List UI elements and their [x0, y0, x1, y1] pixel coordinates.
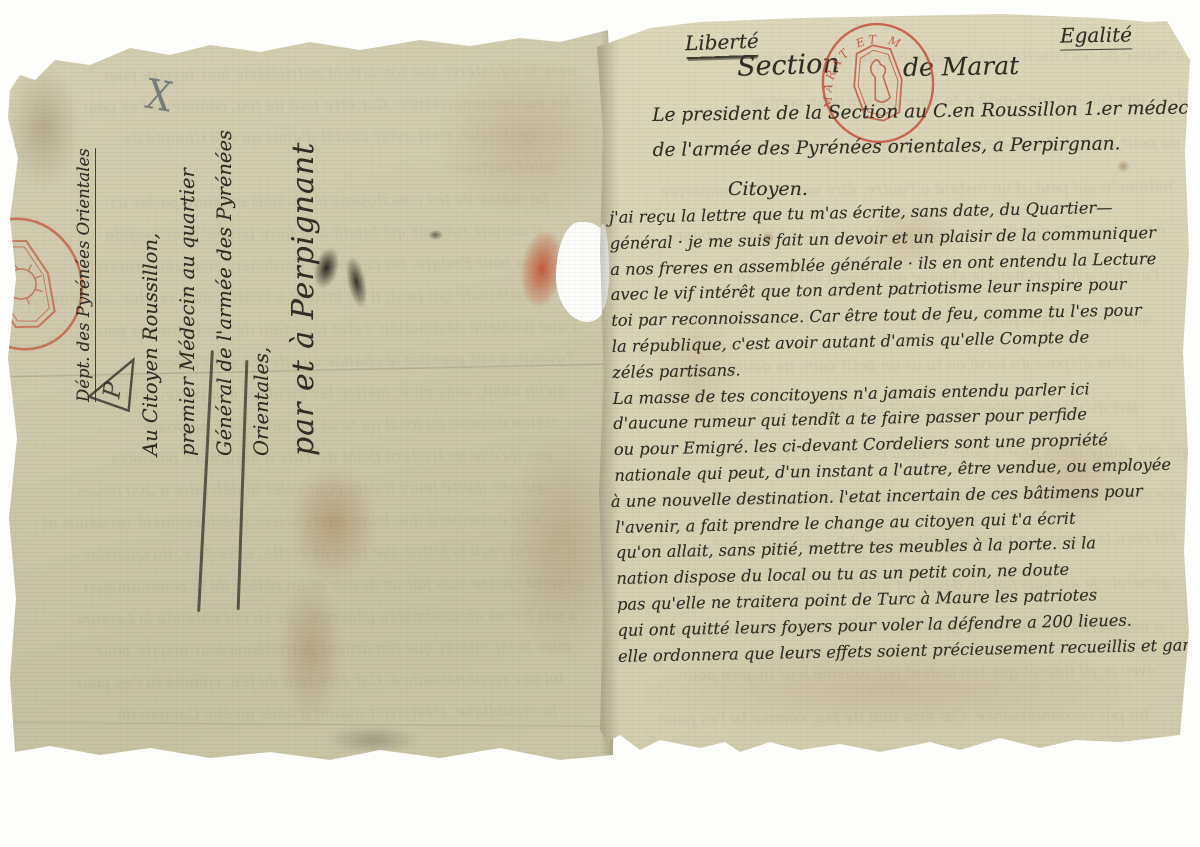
salutation: Citoyen. — [728, 178, 808, 200]
bleed-through-line: toi par reconnoissance. Car être tout de… — [64, 669, 564, 692]
letter-body: j'ai reçu la lettre que tu m'as écrite, … — [609, 196, 1196, 672]
stain — [280, 578, 342, 723]
address-line: Orientales, — [243, 106, 280, 456]
bleed-through-line: elle ordonnera que leurs effets soient p… — [39, 509, 539, 532]
bleed-through-line: a nos freres en assemblée générale · ils… — [78, 605, 578, 628]
ink-smudge — [428, 230, 443, 240]
address-line: Général de l'armée des Pyrénées — [206, 106, 243, 456]
bleed-through-line: avec le vif intérêt que ton ardent patri… — [71, 637, 571, 660]
scan-background: avec le vif intérêt que ton ardent patri… — [0, 0, 1200, 847]
heading-line: de l'armée des Pyrénées orientales, a Pe… — [652, 125, 1200, 168]
stain — [438, 56, 618, 221]
bleed-through-line: qui ont quitté leurs foyers pour voler l… — [46, 477, 546, 500]
fold-crease — [8, 720, 616, 727]
stain — [276, 446, 391, 601]
bleed-through-line: général · je me suis fait un devoir et u… — [85, 573, 585, 596]
stain — [1117, 160, 1130, 173]
motto-egalite: Egalité — [1060, 22, 1132, 47]
bleed-through-line: toi par reconnoissance. Car être tout de… — [629, 705, 1149, 728]
recto-page: La masse de tes concitoyens n'a jamais e… — [597, 12, 1191, 757]
stain — [8, 66, 80, 190]
address-line: premier Médecin au quartier — [169, 106, 206, 456]
address-block: Au Citoyen Roussillon, premier Médecin a… — [132, 106, 332, 456]
ink-smudge — [340, 250, 373, 313]
stain — [326, 726, 421, 754]
svg-text:P: P — [97, 379, 127, 401]
letter-heading: Le president de la Section au C.en Rouss… — [652, 90, 1200, 168]
postal-triangle-mark: P — [79, 351, 149, 421]
bleed-through-line: j'ai reçu la lettre que tu m'as écrite, … — [32, 541, 532, 564]
verso-page: avec le vif intérêt que ton ardent patri… — [8, 18, 616, 765]
